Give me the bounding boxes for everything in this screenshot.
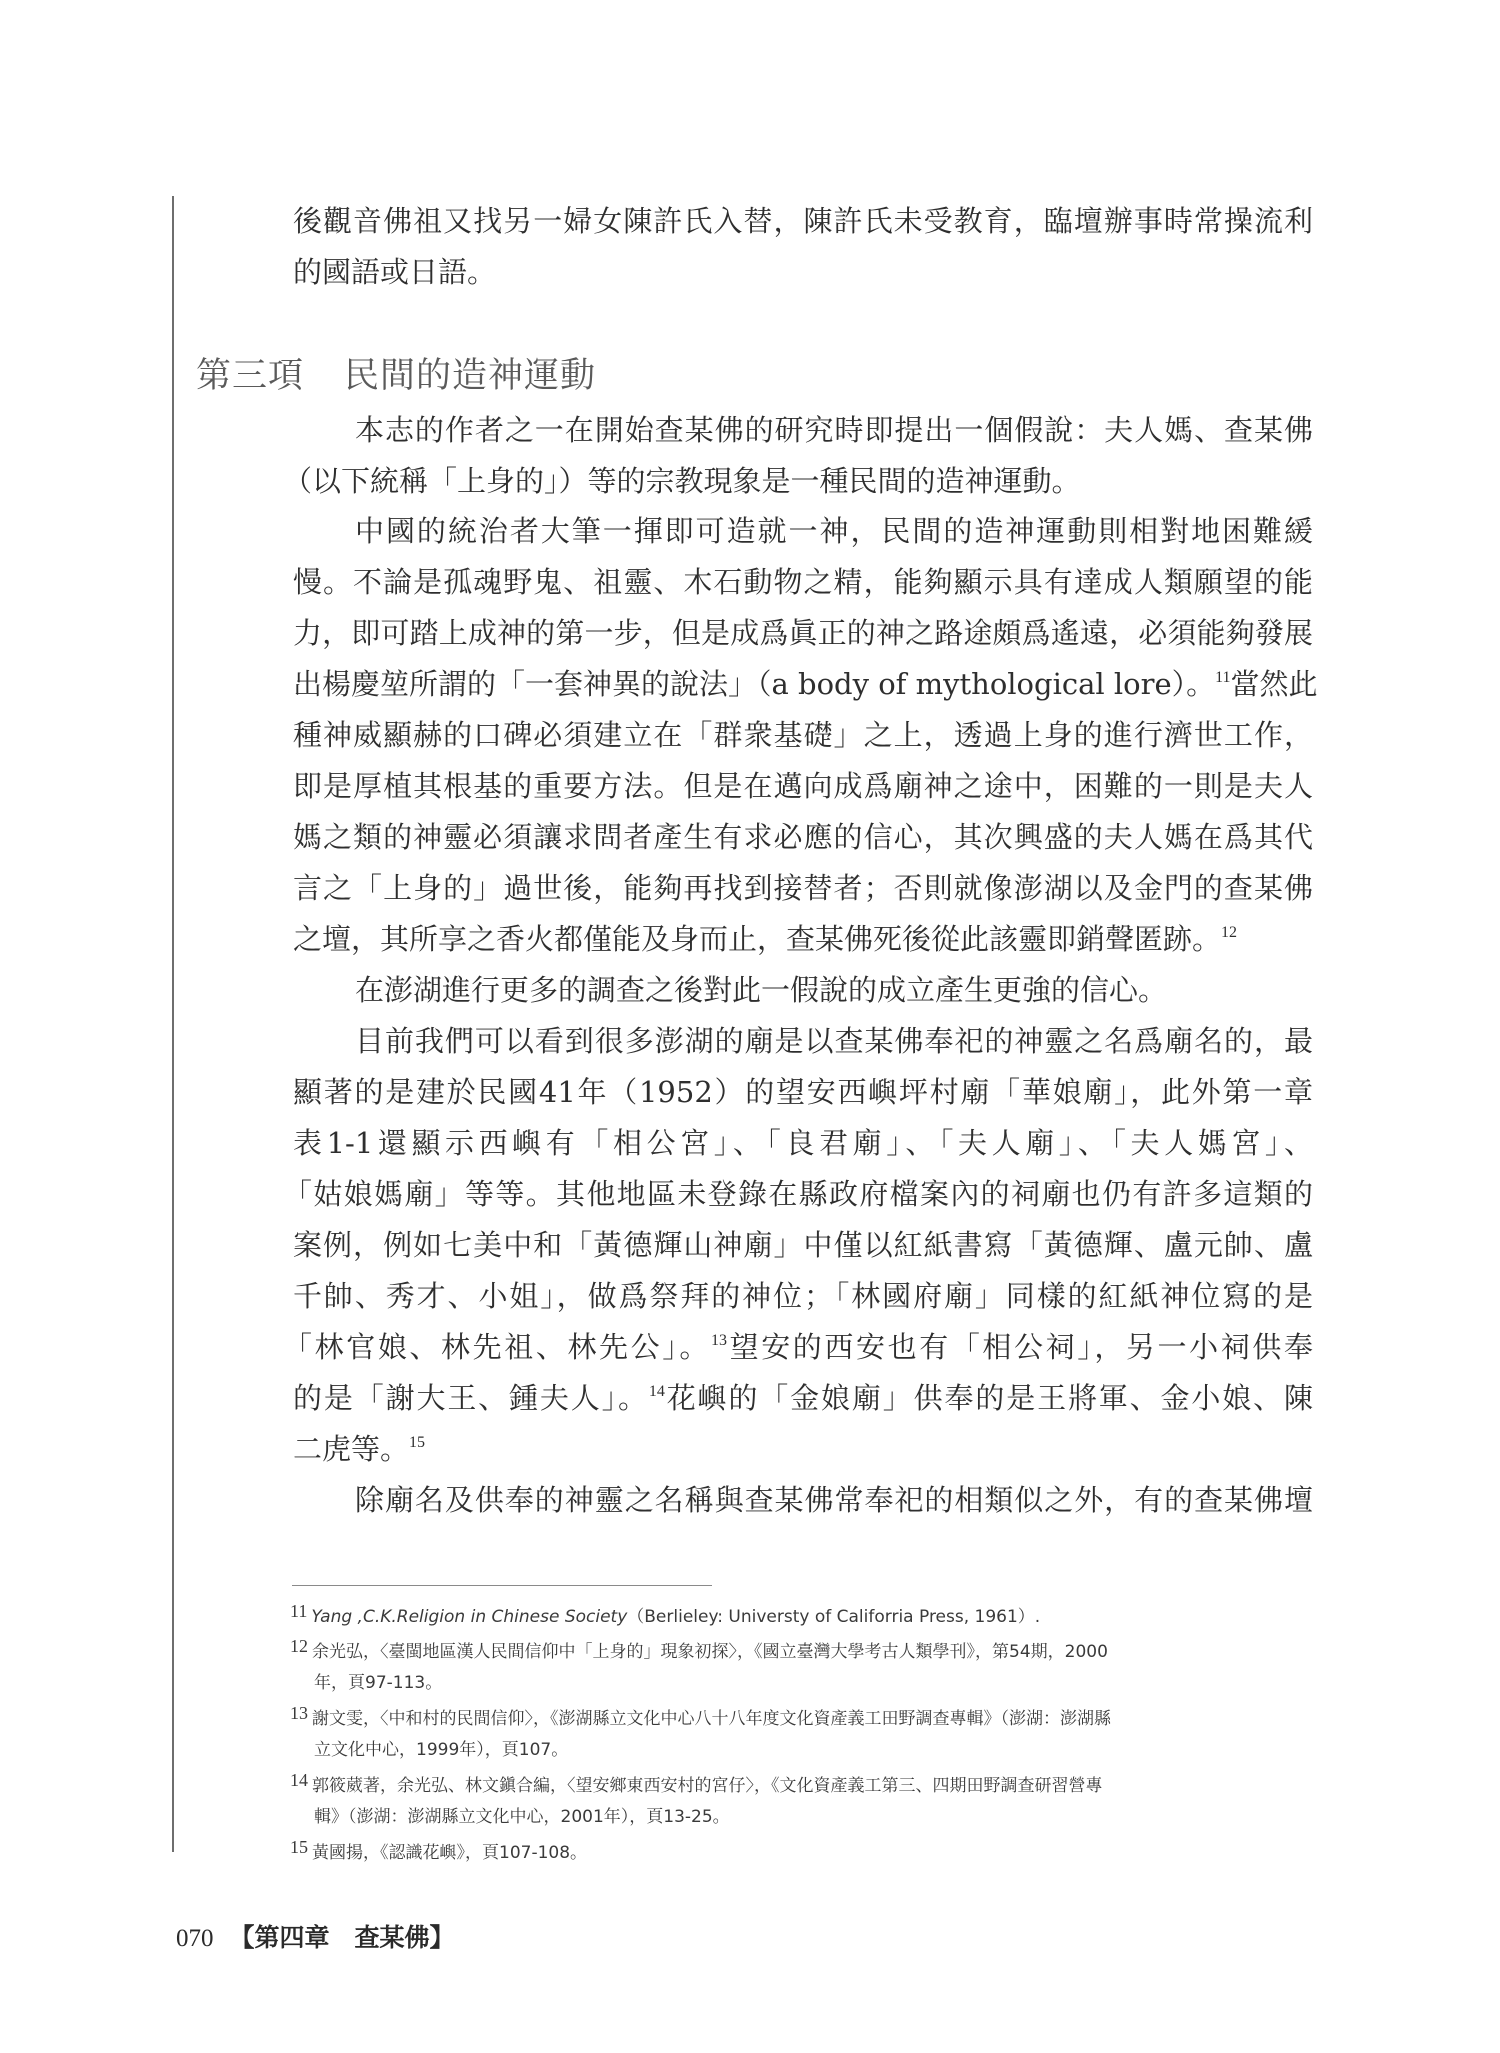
section-heading: 第三項民間的造神運動	[196, 348, 596, 398]
footnote-text: 謝文雯，〈中和村的民間信仰〉，《澎湖縣立文化中心八十八年度文化資產義工田野調查專…	[312, 1709, 1111, 1729]
footnote-ref[interactable]: 15	[409, 1434, 425, 1451]
section-number: 第三項	[196, 356, 304, 396]
text-segment: 花嶼的「金娘廟」供奉的是王將軍、金小娘、陳	[665, 1381, 1313, 1415]
text-line: 「林官娘、林先祖、林先公」。13望安的西安也有「相公祠」，另一小祠供奉	[283, 1322, 1313, 1373]
footnote-14: 14郭筱葳著，余光弘、林文鎭合編，〈望安鄉東西安村的宮仔〉，《文化資產義工第三、…	[290, 1769, 1320, 1833]
footnote-line: 14郭筱葳著，余光弘、林文鎭合編，〈望安鄉東西安村的宮仔〉，《文化資產義工第三、…	[290, 1769, 1320, 1801]
book-page: 後觀音佛祖又找另一婦女陳許氏入替，陳許氏未受教育，臨壇辦事時常操流利 的國語或日…	[0, 0, 1500, 2053]
text-line: 目前我們可以看到很多澎湖的廟是以查某佛奉祀的神靈之名爲廟名的，最	[293, 1016, 1313, 1067]
footnote-number: 11	[290, 1601, 307, 1621]
footnote-11: 11Yang ,C.K.Religion in Chinese Society（…	[290, 1600, 1320, 1632]
footnote-text: 黃國揚，《認識花嶼》，頁107-108。	[312, 1843, 587, 1863]
footnote-line: 15黃國揚，《認識花嶼》，頁107-108。	[290, 1836, 1320, 1868]
footnote-line: 立文化中心，1999年），頁107。	[290, 1734, 1320, 1766]
text-line: 言之「上身的」過世後，能夠再找到接替者；否則就像澎湖以及金門的查某佛	[293, 863, 1313, 914]
footnote-line: 年，頁97-113。	[290, 1667, 1320, 1699]
text-segment: 「林官娘、林先祖、林先公」。	[283, 1330, 711, 1364]
text-segment: 的是「謝大王、鍾夫人」。	[293, 1381, 649, 1415]
text-segment: 之壇，其所享之香火都僅能及身而止，查某佛死後從此該靈即銷聲匿跡。	[293, 922, 1221, 956]
footnote-number: 15	[290, 1837, 308, 1857]
text-line: 種神威顯赫的口碑必須建立在「群衆基礎」之上，透過上身的進行濟世工作，	[293, 710, 1313, 761]
footnote-12: 12余光弘，〈臺閩地區漢人民間信仰中「上身的」現象初探〉，《國立臺灣大學考古人類…	[290, 1635, 1320, 1699]
footnote-number: 12	[290, 1636, 308, 1656]
chapter-label: 【第四章 查某佛】	[230, 1925, 455, 1952]
footnote-line: 12余光弘，〈臺閩地區漢人民間信仰中「上身的」現象初探〉，《國立臺灣大學考古人類…	[290, 1635, 1320, 1667]
footnote-divider	[292, 1585, 712, 1586]
footnote-number: 14	[290, 1770, 308, 1790]
text-line: 案例，例如七美中和「黃德輝山神廟」中僅以紅紙書寫「黃德輝、盧元帥、盧	[293, 1220, 1313, 1271]
text-line: 在澎湖進行更多的調查之後對此一假說的成立產生更強的信心。	[293, 965, 1313, 1016]
text-segment: 當然此	[1231, 667, 1318, 701]
paragraph-1: 本志的作者之一在開始查某佛的研究時即提出一個假說：夫人媽、查某佛 （以下統稱「上…	[293, 405, 1313, 507]
text-line: 慢。不論是孤魂野鬼、祖靈、木石動物之精，能夠顯示具有達成人類願望的能	[293, 557, 1313, 608]
footnote-text: 郭筱葳著，余光弘、林文鎭合編，〈望安鄉東西安村的宮仔〉，《文化資產義工第三、四期…	[312, 1776, 1103, 1796]
footnote-line: 13謝文雯，〈中和村的民間信仰〉，《澎湖縣立文化中心八十八年度文化資產義工田野調…	[290, 1702, 1320, 1734]
footnote-13: 13謝文雯，〈中和村的民間信仰〉，《澎湖縣立文化中心八十八年度文化資產義工田野調…	[290, 1702, 1320, 1766]
footnote-number: 13	[290, 1703, 308, 1723]
page-number: 070	[176, 1925, 214, 1952]
text-line: 顯著的是建於民國41年（1952）的望安西嶼坪村廟「華娘廟」，此外第一章	[293, 1067, 1313, 1118]
paragraph-2: 中國的統治者大筆一揮即可造就一神，民間的造神運動則相對地困難緩 慢。不論是孤魂野…	[293, 506, 1313, 965]
section-title: 民間的造神運動	[344, 356, 596, 396]
footnotes: 11Yang ,C.K.Religion in Chinese Society（…	[290, 1600, 1320, 1871]
margin-rule	[172, 196, 174, 1852]
text-segment: 望安的西安也有「相公祠」，另一小祠供奉	[727, 1330, 1313, 1364]
text-line: 出楊慶堃所謂的「一套神異的說法」（a body of mythological …	[293, 659, 1313, 710]
text-line: 表1-1還顯示西嶼有「相公宮」、「良君廟」、「夫人廟」、「夫人媽宮」、	[293, 1118, 1313, 1169]
footnote-15: 15黃國揚，《認識花嶼》，頁107-108。	[290, 1836, 1320, 1868]
footnote-ref[interactable]: 11	[1215, 669, 1230, 686]
footnote-ref[interactable]: 12	[1221, 924, 1237, 941]
text-line: 媽之類的神靈必須讓求問者產生有求必應的信心，其次興盛的夫人媽在爲其代	[293, 812, 1313, 863]
text-line: 二虎等。15	[293, 1424, 1313, 1475]
text-line: 的國語或日語。	[293, 247, 1313, 298]
text-line: 的是「謝大王、鍾夫人」。14花嶼的「金娘廟」供奉的是王將軍、金小娘、陳	[293, 1373, 1313, 1424]
text-line: 除廟名及供奉的神靈之名稱與查某佛常奉祀的相類似之外，有的查某佛壇	[293, 1475, 1313, 1526]
footnote-text: 余光弘，〈臺閩地區漢人民間信仰中「上身的」現象初探〉，《國立臺灣大學考古人類學刊…	[312, 1642, 1108, 1662]
paragraph-4: 目前我們可以看到很多澎湖的廟是以查某佛奉祀的神靈之名爲廟名的，最 顯著的是建於民…	[293, 1016, 1313, 1475]
footnote-title: Yang ,C.K.Religion in Chinese Society	[311, 1607, 627, 1627]
footnote-text: （Berlieley: Universty of Califorria Pres…	[627, 1607, 1040, 1627]
text-line: 力，即可踏上成神的第一步，但是成爲眞正的神之路途頗爲遙遠，必須能夠發展	[293, 608, 1313, 659]
paragraph-5: 除廟名及供奉的神靈之名稱與查某佛常奉祀的相類似之外，有的查某佛壇	[293, 1475, 1313, 1526]
text-line: 本志的作者之一在開始查某佛的研究時即提出一個假說：夫人媽、查某佛	[293, 405, 1313, 456]
footnote-line: 11Yang ,C.K.Religion in Chinese Society（…	[290, 1600, 1320, 1632]
paragraph-3: 在澎湖進行更多的調查之後對此一假說的成立產生更強的信心。	[293, 965, 1313, 1016]
text-line: 中國的統治者大筆一揮即可造就一神，民間的造神運動則相對地困難緩	[293, 506, 1313, 557]
text-line: 「姑娘媽廟」等等。其他地區未登錄在縣政府檔案內的祠廟也仍有許多這類的	[283, 1169, 1313, 1220]
continuation-paragraph: 後觀音佛祖又找另一婦女陳許氏入替，陳許氏未受教育，臨壇辦事時常操流利 的國語或日…	[293, 196, 1313, 298]
text-line: 之壇，其所享之香火都僅能及身而止，查某佛死後從此該靈即銷聲匿跡。12	[293, 914, 1313, 965]
page-footer: 070【第四章 查某佛】	[176, 1918, 455, 1954]
text-line: （以下統稱「上身的」）等的宗教現象是一種民間的造神運動。	[283, 456, 1313, 507]
footnote-line: 輯》（澎湖：澎湖縣立文化中心，2001年），頁13-25。	[290, 1801, 1320, 1833]
text-segment: 二虎等。	[293, 1432, 409, 1466]
text-segment: 出楊慶堃所謂的「一套神異的說法」（a body of mythological …	[293, 667, 1215, 701]
text-line: 千帥、秀才、小姐」，做爲祭拜的神位；「林國府廟」同樣的紅紙神位寫的是	[293, 1271, 1313, 1322]
text-line: 即是厚植其根基的重要方法。但是在邁向成爲廟神之途中，困難的一則是夫人	[293, 761, 1313, 812]
footnote-ref[interactable]: 14	[649, 1383, 665, 1400]
footnote-ref[interactable]: 13	[711, 1332, 727, 1349]
text-line: 後觀音佛祖又找另一婦女陳許氏入替，陳許氏未受教育，臨壇辦事時常操流利	[293, 196, 1313, 247]
